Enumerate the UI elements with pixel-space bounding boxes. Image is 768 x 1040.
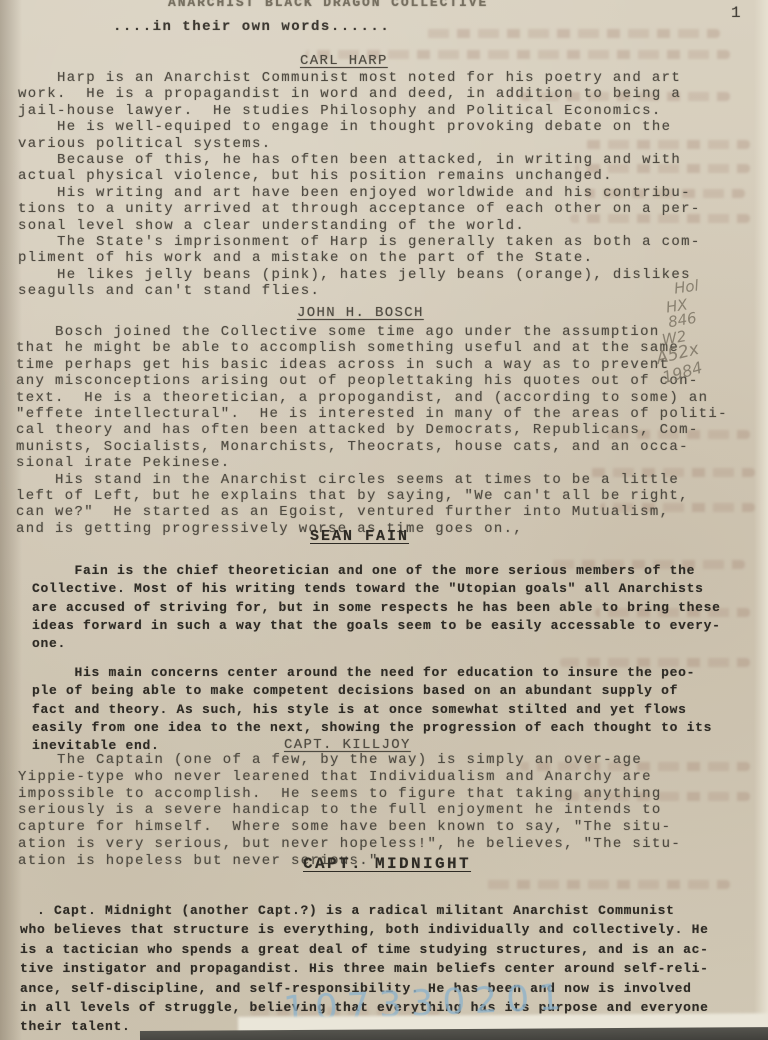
section-heading-sean-fain: SEAN FAIN [310,528,409,545]
text-line: ation is very serious, but never hopeles… [18,836,681,853]
text-line: Collective. Most of his writing tends to… [32,580,721,598]
text-line: capture for himself. Where some have bee… [18,819,681,836]
section-heading-capt-killjoy: CAPT. KILLJOY [284,737,411,753]
text-line: left of Left, but he explains that by sa… [16,488,728,504]
text-line: fact and theory. As such, his style is a… [32,701,712,719]
text-line: can we?" He started as an Egoist, ventur… [16,504,728,520]
text-line: The Captain (one of a few, by the way) i… [18,752,681,769]
section-body-carl-harp: Harp is an Anarchist Communist most note… [18,70,701,300]
text-line: is a tactician who spends a great deal o… [20,940,709,959]
document-title: ANARCHIST BLACK DRAGON COLLECTIVE [168,0,488,10]
page-right-edge [754,0,768,1040]
section-body-capt-killjoy: The Captain (one of a few, by the way) i… [18,752,681,870]
bleed-through-text [480,880,730,889]
text-line: His writing and art have been enjoyed wo… [18,185,701,201]
text-line: ideas forward in such a way that the goa… [32,617,721,635]
text-line: The State's imprisonment of Harp is gene… [18,234,701,250]
text-line: who believes that structure is everythin… [20,920,709,939]
text-line: time perhaps get his basic ideas across … [16,357,728,373]
text-line: various political systems. [18,136,701,152]
text-line: Harp is an Anarchist Communist most note… [18,70,701,86]
section-heading-capt-midnight: CAPT. MIDNIGHT [303,855,471,873]
text-line: are accused of striving for, but in some… [32,599,721,617]
text-line: jail-house lawyer. He studies Philosophy… [18,103,701,119]
text-line: sonal level show a clear understanding o… [18,218,701,234]
text-line: He is well-equiped to engage in thought … [18,119,701,135]
section-body-john-h-bosch: Bosch joined the Collective some time ag… [16,324,728,537]
text-line: His main concerns center around the need… [32,664,712,682]
text-line: work. He is a propagandist in word and d… [18,86,701,102]
text-line: text. He is a theoretician, a propogandi… [16,390,728,406]
text-line: He likes jelly beans (pink), hates jelly… [18,267,701,283]
text-line: Bosch joined the Collective some time ag… [16,324,728,340]
text-line: tions to a unity arrived at through acce… [18,201,701,217]
text-line: impossible to accomplish. He seems to fi… [18,786,681,803]
text-line: one. [32,635,721,653]
text-line: cal theory and has often been attacked b… [16,422,728,438]
text-line: "effete intellectural". He is interested… [16,406,728,422]
text-line: actual physical violence, but his positi… [18,168,701,184]
text-line: ple of being able to make competent deci… [32,682,712,700]
text-line: seriously is a severe handicap to the fu… [18,802,681,819]
text-line: Because of this, he has often been attac… [18,152,701,168]
text-line: that he might be able to accomplish some… [16,340,728,356]
section-heading-john-h-bosch: JOHN H. BOSCH [297,305,424,321]
text-line: His stand in the Anarchist circles seems… [16,472,728,488]
text-line: Fain is the chief theoretician and one o… [32,562,721,580]
text-line: any misconceptions arising out of people… [16,373,728,389]
text-line: seagulls and can't stand flies. [18,283,701,299]
text-line: pliment of his work and a mistake on the… [18,250,701,266]
text-line: easily from one idea to the next, showin… [32,719,712,737]
text-line: sional irate Pekinese. [16,455,728,471]
text-line: tive instigator and propagandist. His th… [20,959,709,978]
section-body-sean-fain-paragraph-1: Fain is the chief theoretician and one o… [32,562,721,653]
text-line: . Capt. Midnight (another Capt.?) is a r… [20,901,709,920]
section-heading-carl-harp: CARL HARP [300,53,388,69]
scanned-document-page: ANARCHIST BLACK DRAGON COLLECTIVE ....in… [0,0,768,1040]
text-line: munists, Socialists, Monarchists, Theocr… [16,439,728,455]
page-number: 1 [731,5,742,21]
bleed-through-text [420,29,720,38]
document-subtitle: ....in their own words...... [113,19,390,35]
text-line: Yippie-type who never learened that Indi… [18,769,681,786]
